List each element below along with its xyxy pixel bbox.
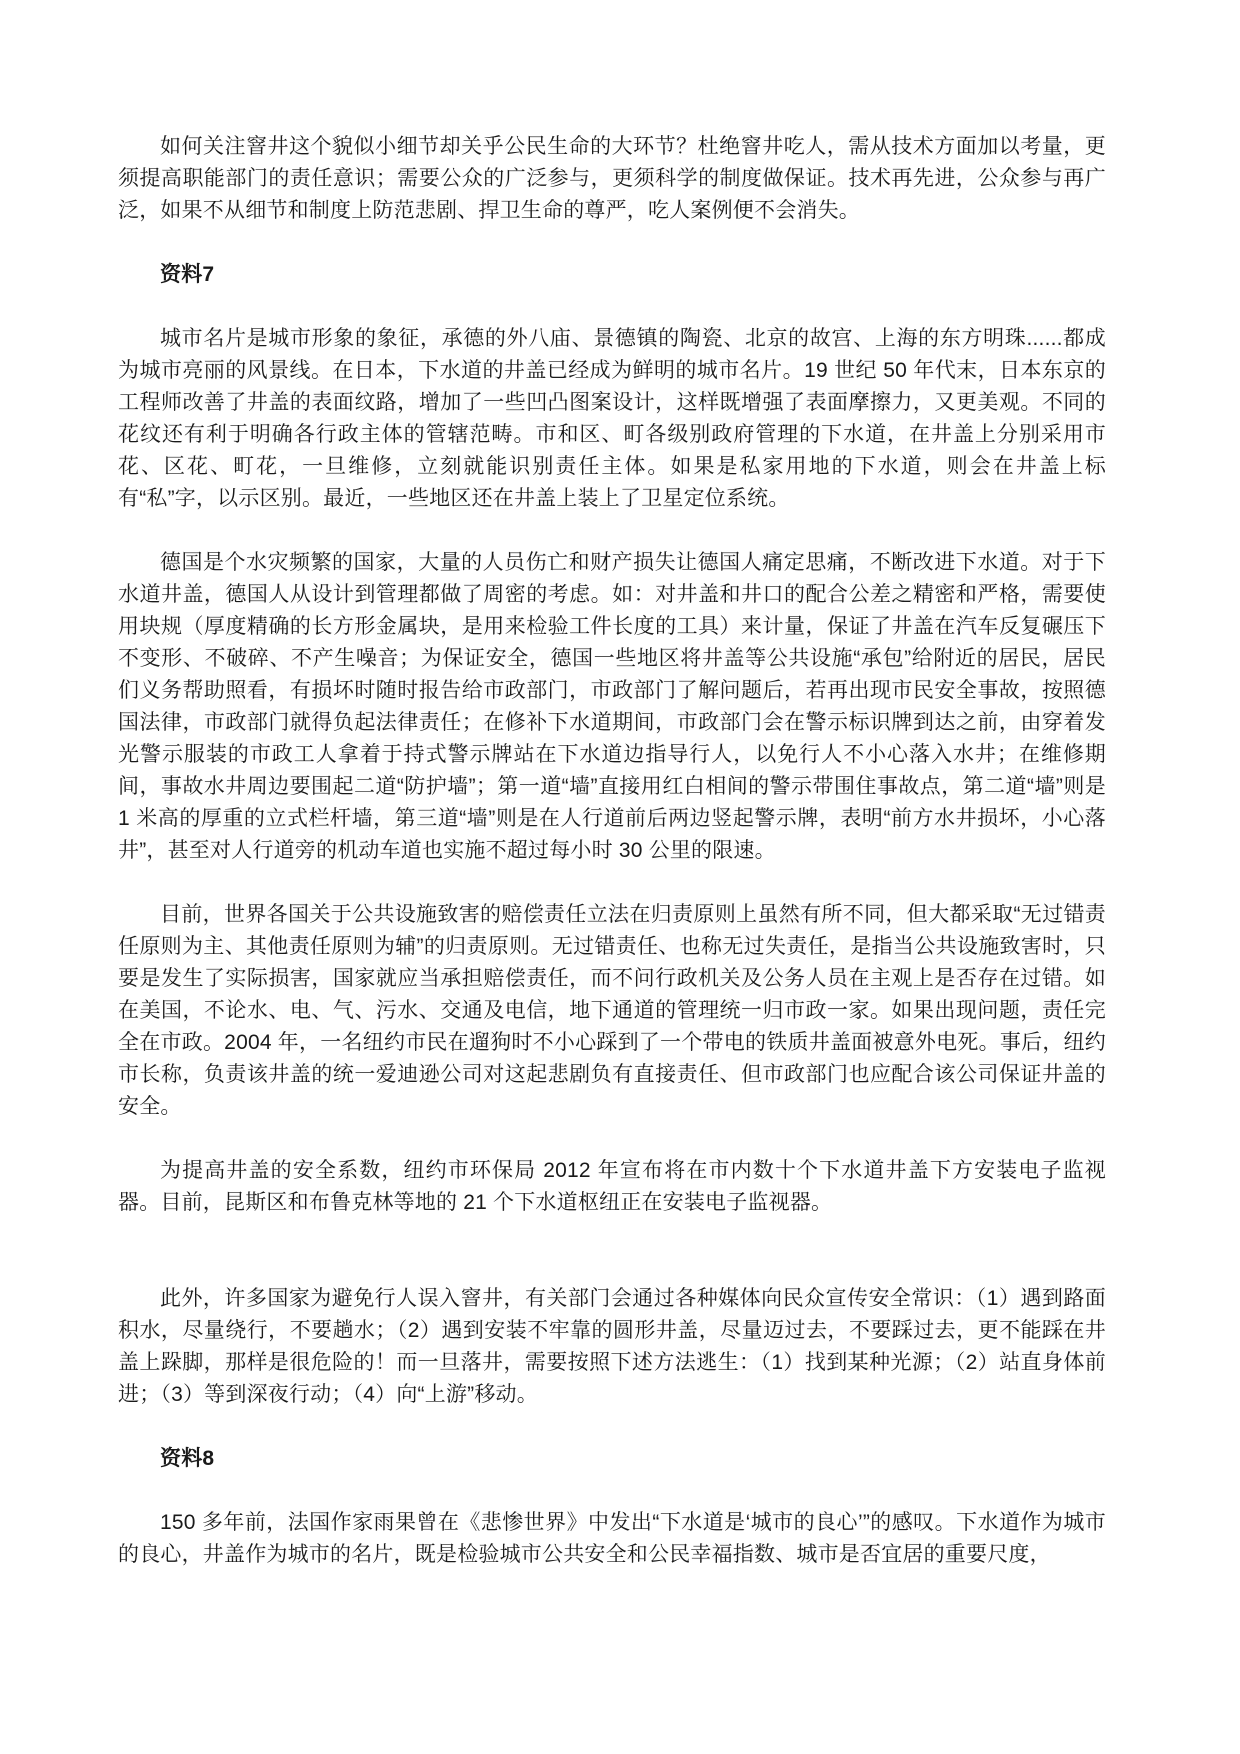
paragraph: 德国是个水灾频繁的国家，大量的人员伤亡和财产损失让德国人痛定思痛，不断改进下水道… [118, 547, 1106, 867]
section-heading: 资料7 [118, 259, 1106, 291]
paragraph: 150 多年前，法国作家雨果曾在《悲惨世界》中发出“下水道是‘城市的良心’”的感… [118, 1507, 1106, 1571]
section-heading: 资料8 [118, 1443, 1106, 1475]
document-content: 如何关注窨井这个貌似小细节却关乎公民生命的大环节？杜绝窨井吃人，需从技术方面加以… [118, 131, 1106, 1603]
paragraph: 目前，世界各国关于公共设施致害的赔偿责任立法在归责原则上虽然有所不同，但大都采取… [118, 899, 1106, 1123]
document-page: 如何关注窨井这个貌似小细节却关乎公民生命的大环节？杜绝窨井吃人，需从技术方面加以… [0, 0, 1240, 1754]
paragraph-spacer [118, 1251, 1106, 1283]
paragraph: 此外，许多国家为避免行人误入窨井，有关部门会通过各种媒体向民众宣传安全常识：（1… [118, 1283, 1106, 1411]
paragraph: 为提高井盖的安全系数，纽约市环保局 2012 年宣布将在市内数十个下水道井盖下方… [118, 1155, 1106, 1219]
paragraph: 如何关注窨井这个貌似小细节却关乎公民生命的大环节？杜绝窨井吃人，需从技术方面加以… [118, 131, 1106, 227]
paragraph: 城市名片是城市形象的象征，承德的外八庙、景德镇的陶瓷、北京的故宫、上海的东方明珠… [118, 323, 1106, 515]
